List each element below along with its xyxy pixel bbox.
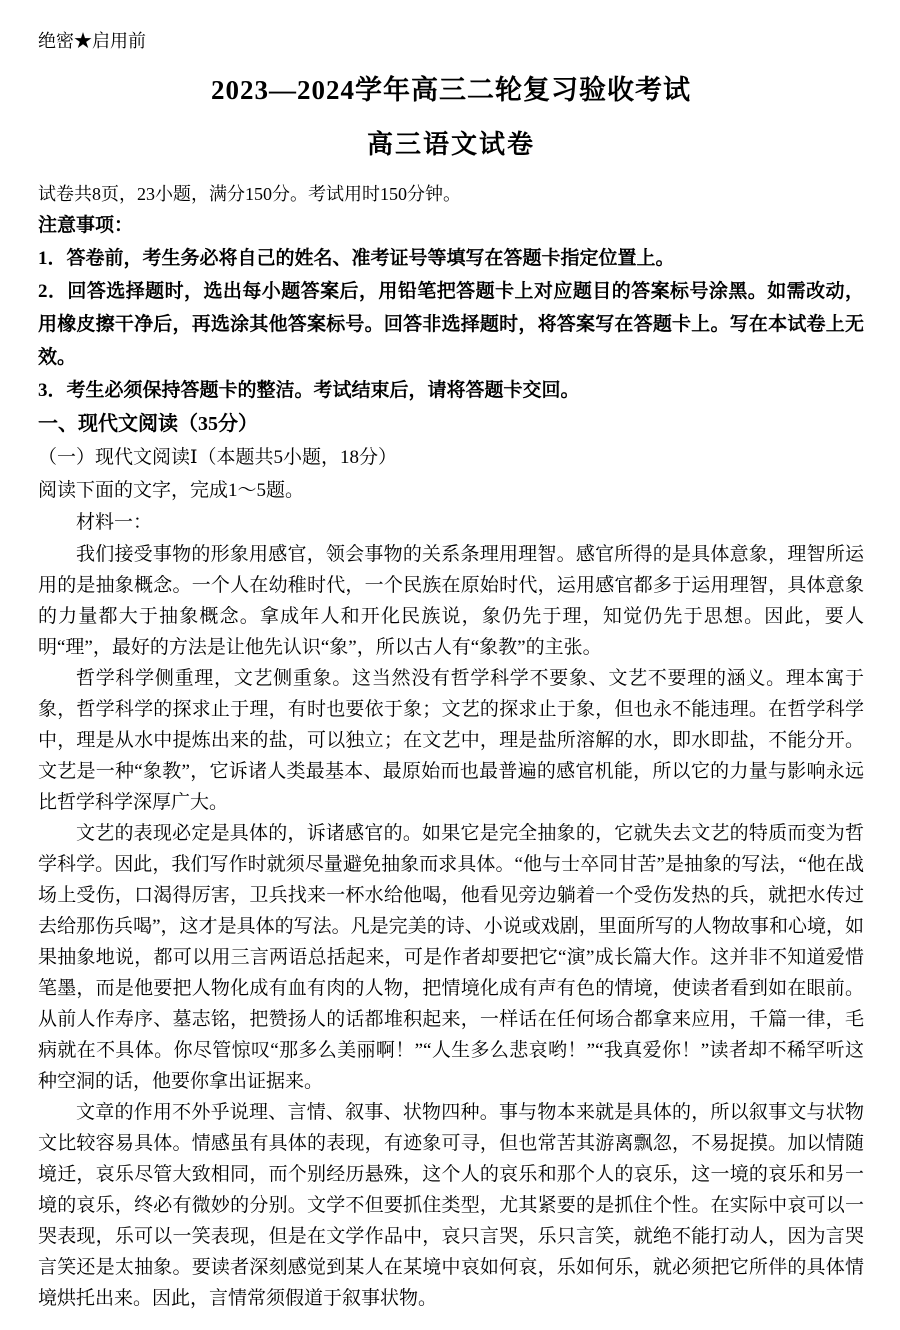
section-heading: 一、现代文阅读（35分）: [38, 408, 864, 441]
notice-item-2: 2．回答选择题时，选出每小题答案后，用铅笔把答题卡上对应题目的答案标号涂黑。如需…: [38, 275, 864, 374]
material-paragraph-4: 文章的作用不外乎说理、言情、叙事、状物四种。事与物本来就是具体的，所以叙事文与状…: [38, 1097, 864, 1314]
notice-heading: 注意事项：: [38, 209, 864, 242]
notice-block: 注意事项： 1．答卷前，考生务必将自己的姓名、准考证号等填写在答题卡指定位置上。…: [38, 209, 864, 407]
section-modern-reading: 一、现代文阅读（35分） （一）现代文阅读Ⅰ（本题共5小题，18分） 阅读下面的…: [38, 408, 864, 1314]
classification-label: 绝密★启用前: [38, 30, 864, 52]
notice-item-3: 3．考生必须保持答题卡的整洁。考试结束后，请将答题卡交回。: [38, 374, 864, 407]
notice-item-1: 1．答卷前，考生务必将自己的姓名、准考证号等填写在答题卡指定位置上。: [38, 242, 864, 275]
exam-title: 2023—2024学年高三二轮复习验收考试: [38, 74, 864, 106]
material-one-label: 材料一：: [38, 507, 864, 539]
material-paragraph-2: 哲学科学侧重理，文艺侧重象。这当然没有哲学科学不要象、文艺不要理的涵义。理本寓于…: [38, 663, 864, 818]
exam-paper-page: 绝密★启用前 2023—2024学年高三二轮复习验收考试 高三语文试卷 试卷共8…: [0, 0, 900, 1330]
reading-instruction: 阅读下面的文字，完成1～5题。: [38, 474, 864, 507]
exam-subtitle: 高三语文试卷: [38, 129, 864, 160]
section-subheading: （一）现代文阅读Ⅰ（本题共5小题，18分）: [38, 441, 864, 474]
material-paragraph-3: 文艺的表现必定是具体的，诉诸感官的。如果它是完全抽象的，它就失去文艺的特质而变为…: [38, 818, 864, 1097]
material-paragraph-1: 我们接受事物的形象用感官，领会事物的关系条理用理智。感官所得的是具体意象，理智所…: [38, 539, 864, 663]
exam-info-line: 试卷共8页，23小题，满分150分。考试用时150分钟。: [38, 182, 864, 206]
